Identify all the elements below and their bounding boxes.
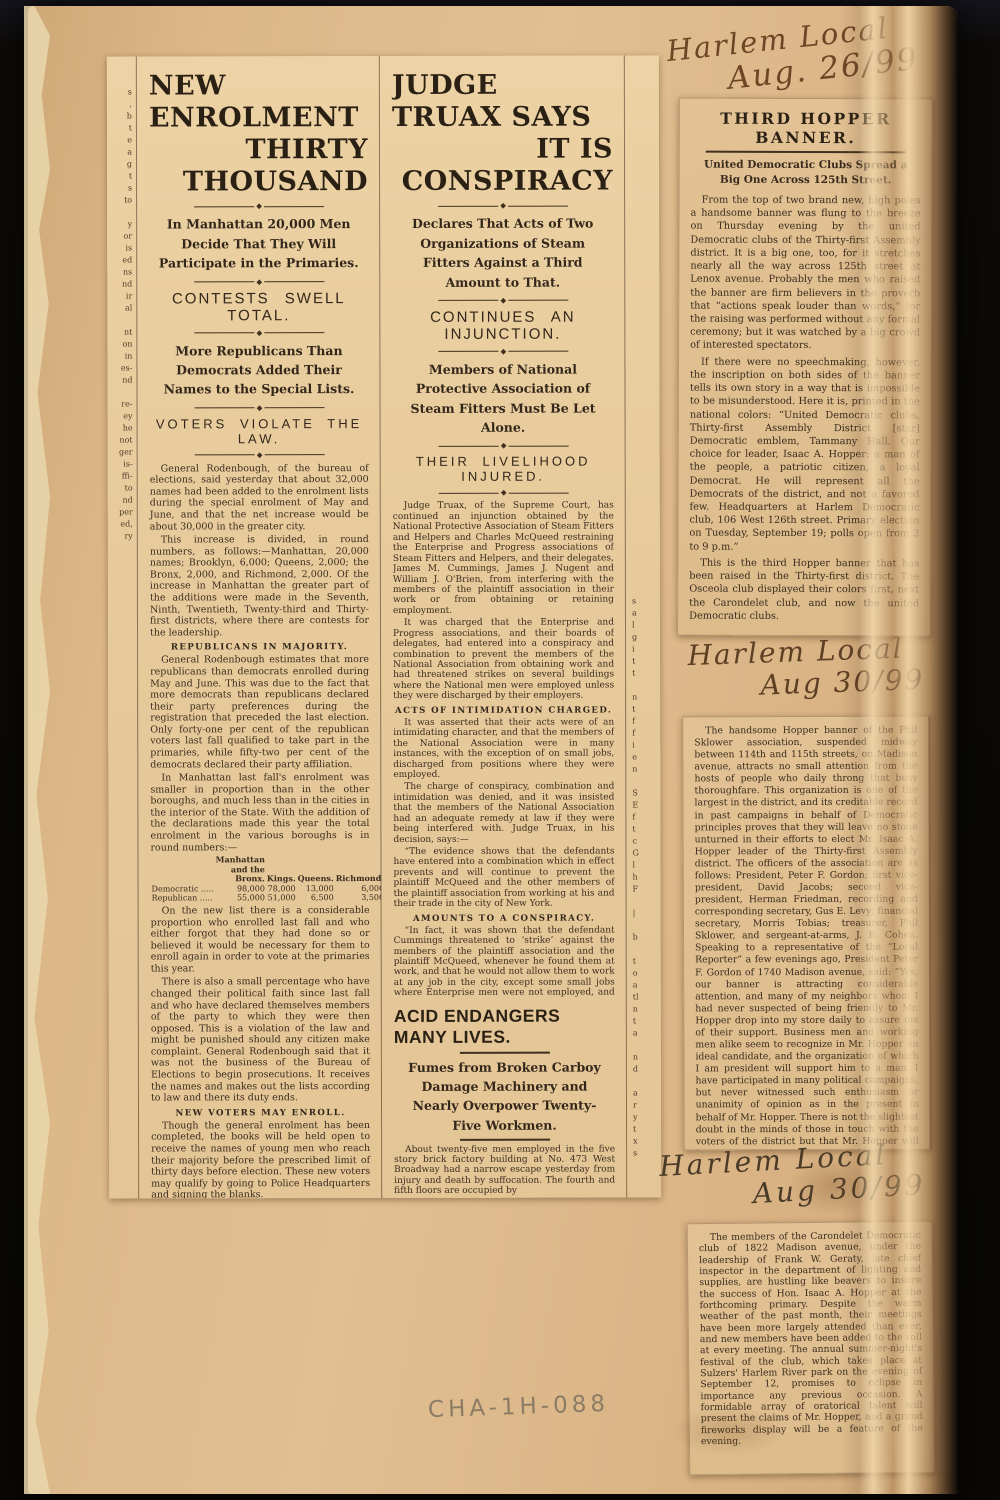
handwritten-annotation: Harlem Local Aug 30/99 [687, 632, 925, 705]
body-paragraph: “The evidence shows that the defendants … [393, 847, 614, 910]
handwritten-annotation: Harlem Local Aug 30/99 [658, 1137, 926, 1215]
divider-rule [438, 299, 568, 303]
article-headline: JUDGE TRUAX SAYS IT IS CONSPIRACY [392, 70, 613, 198]
body-paragraph: If there were no speechmaking, however, … [689, 355, 920, 554]
body-paragraph: This increase is divided, in round numbe… [150, 534, 369, 639]
cut-column-fragment-right: s a l g i t t n t f f i e n S E f t c G … [624, 55, 661, 1197]
table-row: Republican ..... 55,000 51,000 6,500 3,5… [151, 893, 383, 902]
article-deck: Declares That Acts of Two Organizations … [398, 214, 607, 292]
torn-page-edge [24, 6, 50, 1494]
body-paragraph: Though the general enrolment has been co… [151, 1120, 370, 1199]
article-subhead: VOTERS VIOLATE THE LAW. [150, 416, 369, 446]
body-paragraph: Judge Truax, of the Supreme Court, has c… [393, 501, 614, 616]
body-paragraph: It was asserted that their acts were of … [393, 717, 614, 780]
body-paragraph: General Rodenbough estimates that more r… [150, 654, 369, 770]
article-deck: Fumes from Broken Carboy Damage Machiner… [400, 1057, 609, 1135]
article-deck: Members of National Protective Associati… [398, 359, 607, 437]
divider-rule [438, 204, 568, 208]
article-acid: ACID ENDANGERS MANY LIVES. Fumes from Br… [394, 1006, 615, 1198]
scrapbook-page: s , b t e a g t s to y or is ed ns nd ir… [28, 6, 958, 1494]
divider-rule [194, 205, 324, 209]
article-headline: NEW ENROLMENT THIRTY THOUSAND [149, 70, 368, 198]
catalog-number: CHA-1H-088 [428, 1391, 610, 1423]
divider-rule [438, 350, 568, 354]
table-row: Democratic ..... 98,000 78,000 13,000 6,… [151, 884, 383, 893]
body-paragraph: The charge of conspiracy, combination an… [393, 782, 614, 845]
crosshead: NEW VOTERS MAY ENROLL. [151, 1108, 370, 1118]
body-paragraph: About twenty-five men employed in the fi… [394, 1144, 615, 1197]
article-subhead: CONTESTS SWELL TOTAL. [149, 290, 368, 324]
article-judge-truax: JUDGE TRUAX SAYS IT IS CONSPIRACY Declar… [381, 55, 626, 1198]
divider-rule [706, 151, 906, 153]
body-paragraph: General Rodenbough, of the bureau of ele… [150, 463, 369, 533]
divider-rule [459, 1052, 549, 1054]
body-paragraph: “In fact, it was shown that the defendan… [394, 925, 615, 998]
clipping-third-hopper-banner: THIRD HOPPER BANNER. United Democratic C… [677, 98, 933, 637]
article-new-enrolment: NEW ENROLMENT THIRTY THOUSAND In Manhatt… [138, 56, 382, 1199]
body-paragraph: The handsome Hopper banner of the Phil S… [694, 725, 919, 1151]
body-paragraph: There is also a small percentage who hav… [151, 976, 370, 1104]
article-headline: ACID ENDANGERS MANY LIVES. [394, 1006, 615, 1048]
scrapbook-photo: s , b t e a g t s to y or is ed ns nd ir… [0, 0, 1000, 1500]
divider-rule [438, 491, 568, 495]
article-deck: In Manhattan 20,000 Men Decide That They… [155, 214, 362, 273]
article-headline: THIRD HOPPER BANNER. [691, 109, 921, 148]
divider-rule [438, 444, 568, 448]
handwritten-annotation: Harlem Local Aug. 26/99 [665, 9, 920, 104]
newspaper-clipping-main: s , b t e a g t s to y or is ed ns nd ir… [107, 55, 661, 1198]
crosshead: ACTS OF INTIMIDATION CHARGED. [393, 705, 614, 715]
body-paragraph: On the new list there is a considerable … [151, 905, 370, 975]
body-paragraph: It was charged that the Enterprise and P… [393, 618, 614, 702]
article-subhead: CONTINUES AN INJUNCTION. [392, 308, 613, 342]
article-subhead: THEIR LIVELIHOOD INJURED. [393, 454, 614, 484]
divider-rule [194, 453, 324, 457]
clipping-carondelet-club: The members of the Carondelet Democratic… [687, 1221, 936, 1476]
enrolment-table: Manhattan and the Bronx. Kings. Queens. … [150, 855, 382, 902]
body-paragraph: This is the third Hopper banner that has… [689, 557, 919, 624]
divider-rule [194, 280, 324, 284]
body-paragraph: From the top of two brand new, high pole… [690, 194, 921, 353]
cut-column-fragment-left: s , b t e a g t s to y or is ed ns nd ir… [107, 57, 139, 1199]
article-deck: United Democratic Clubs Spread a Big One… [693, 157, 919, 189]
body-paragraph: The members of the Carondelet Democratic… [699, 1230, 923, 1448]
crosshead: AMOUNTS TO A CONSPIRACY. [394, 913, 615, 923]
divider-rule [194, 406, 324, 410]
crosshead: REPUBLICANS IN MAJORITY. [150, 642, 369, 652]
truax-article-block: JUDGE TRUAX SAYS IT IS CONSPIRACY Declar… [392, 68, 615, 998]
clipping-sklower-association: The handsome Hopper banner of the Phil S… [682, 716, 932, 1151]
body-paragraph: In Manhattan last fall's enrolment was s… [150, 772, 369, 854]
divider-rule [194, 331, 324, 335]
divider-rule [460, 1139, 550, 1141]
article-deck: More Republicans Than Democrats Added Th… [155, 341, 362, 400]
